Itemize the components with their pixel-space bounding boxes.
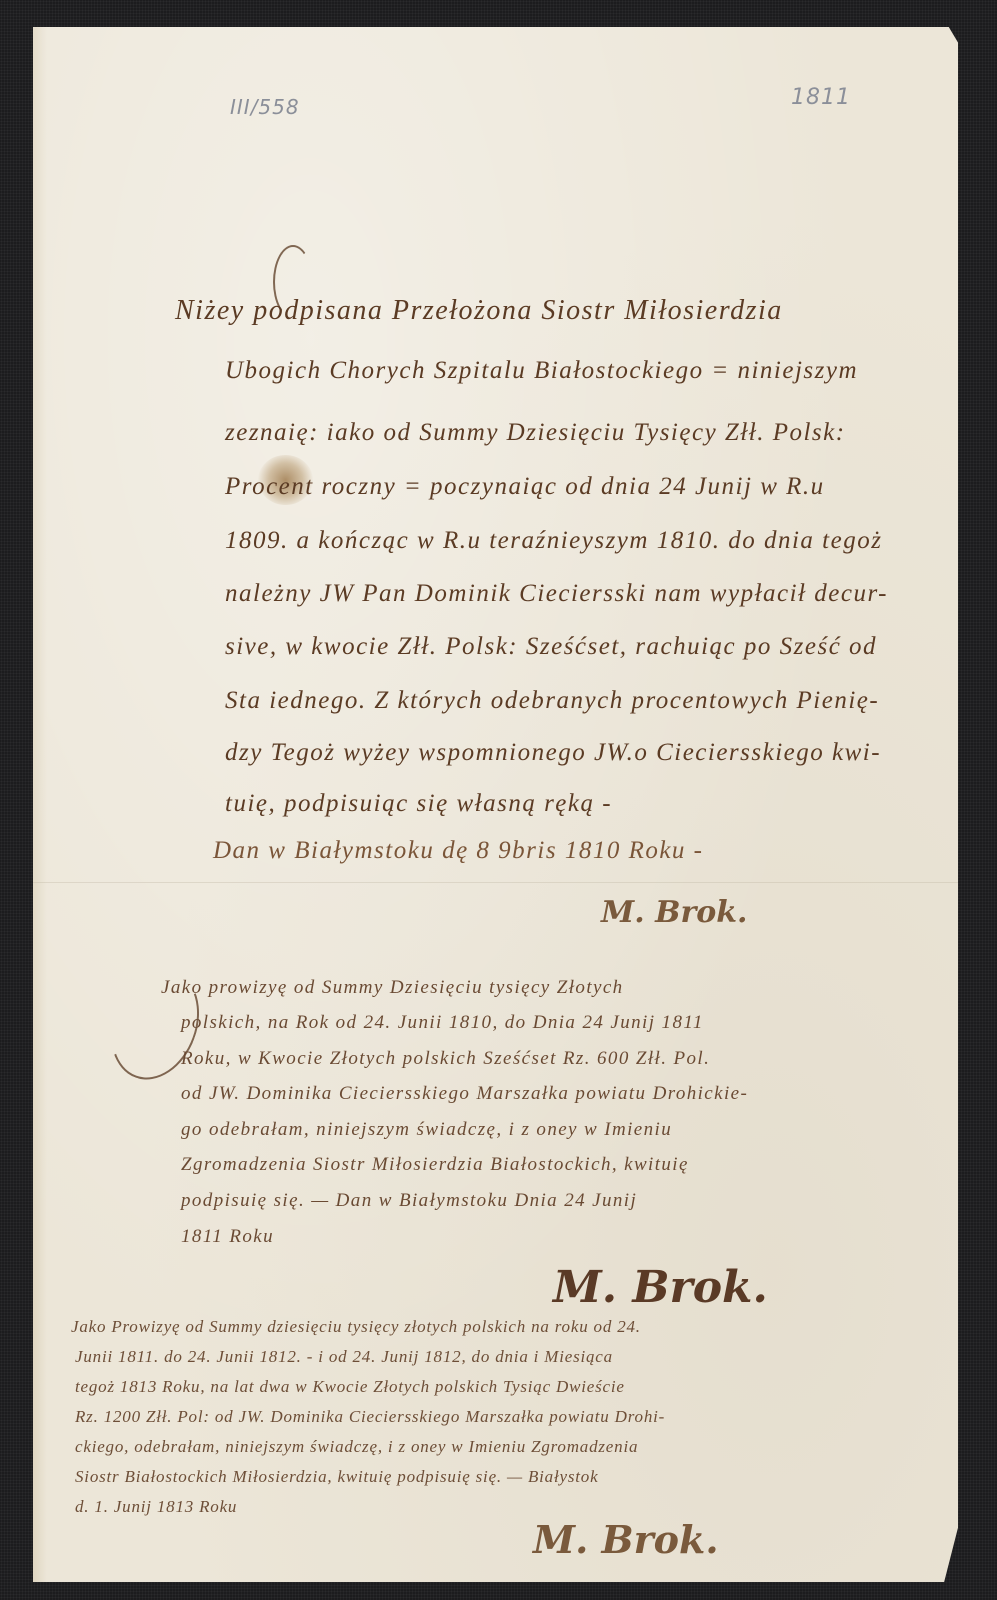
- section3-line: Rz. 1200 Złł. Pol: od JW. Dominika Cieci…: [75, 1407, 665, 1427]
- section1-line: Sta iednego. Z których odebranych procen…: [225, 687, 879, 715]
- section1-line: zeznaię: iako od Summy Dziesięciu Tysięc…: [225, 419, 846, 447]
- signature: M. Brok.: [533, 1517, 719, 1562]
- section2-line: Roku, w Kwocie Złotych polskich Sześćset…: [181, 1048, 710, 1070]
- section1-line: Procent roczny = poczynaiąc od dnia 24 J…: [225, 473, 825, 501]
- section2-line: podpisuię się. — Dan w Białymstoku Dnia …: [181, 1190, 637, 1212]
- section1-line: sive, w kwocie Złł. Polsk: Sześćset, rac…: [225, 633, 877, 661]
- section1-line: Niżey podpisana Przełożona Siostr Miłosi…: [175, 295, 783, 327]
- manuscript-page: III/558 1811 Niżey podpisana Przełożona …: [33, 27, 958, 1582]
- shelfmark-pencil: III/558: [230, 95, 300, 119]
- section2-line: 1811 Roku: [181, 1226, 274, 1248]
- section2-line: Zgromadzenia Siostr Miłosierdzia Białost…: [181, 1154, 689, 1176]
- section1-line: należny JW Pan Dominik Cieciersski nam w…: [225, 580, 888, 608]
- section2-line: od JW. Dominika Cieciersskiego Marszałka…: [181, 1083, 748, 1105]
- section1-line: tuię, podpisuiąc się własną ręką -: [225, 790, 612, 818]
- section3-line: ckiego, odebrałam, niniejszym świadczę, …: [75, 1437, 638, 1457]
- fold-line: [33, 882, 958, 883]
- signature: M. Brok.: [601, 895, 748, 930]
- year-pencil: 1811: [791, 85, 851, 110]
- section1-line: Ubogich Chorych Szpitalu Białostockiego …: [225, 357, 858, 385]
- section3-line: Jako Prowizyę od Summy dziesięciu tysięc…: [71, 1317, 641, 1337]
- section1-date: Dan w Białymstoku dę 8 9bris 1810 Roku -: [213, 837, 704, 865]
- section3-line: Siostr Białostockich Miłosierdzia, kwitu…: [75, 1467, 598, 1487]
- signature: M. Brok.: [553, 1262, 768, 1313]
- section3-line: d. 1. Junij 1813 Roku: [75, 1497, 237, 1517]
- section1-line: 1809. a kończąc w R.u teraźnieyszym 1810…: [225, 527, 882, 555]
- section3-line: tegoż 1813 Roku, na lat dwa w Kwocie Zło…: [75, 1377, 625, 1397]
- section2-line: polskich, na Rok od 24. Junii 1810, do D…: [181, 1012, 704, 1034]
- section2-line: Jako prowizyę od Summy Dziesięciu tysięc…: [161, 977, 624, 999]
- section3-line: Junii 1811. do 24. Junii 1812. - i od 24…: [75, 1347, 613, 1367]
- section2-line: go odebrałam, niniejszym świadczę, i z o…: [181, 1119, 672, 1141]
- section1-line: dzy Tegoż wyżey wspomnionego JW.o Ciecie…: [225, 739, 881, 767]
